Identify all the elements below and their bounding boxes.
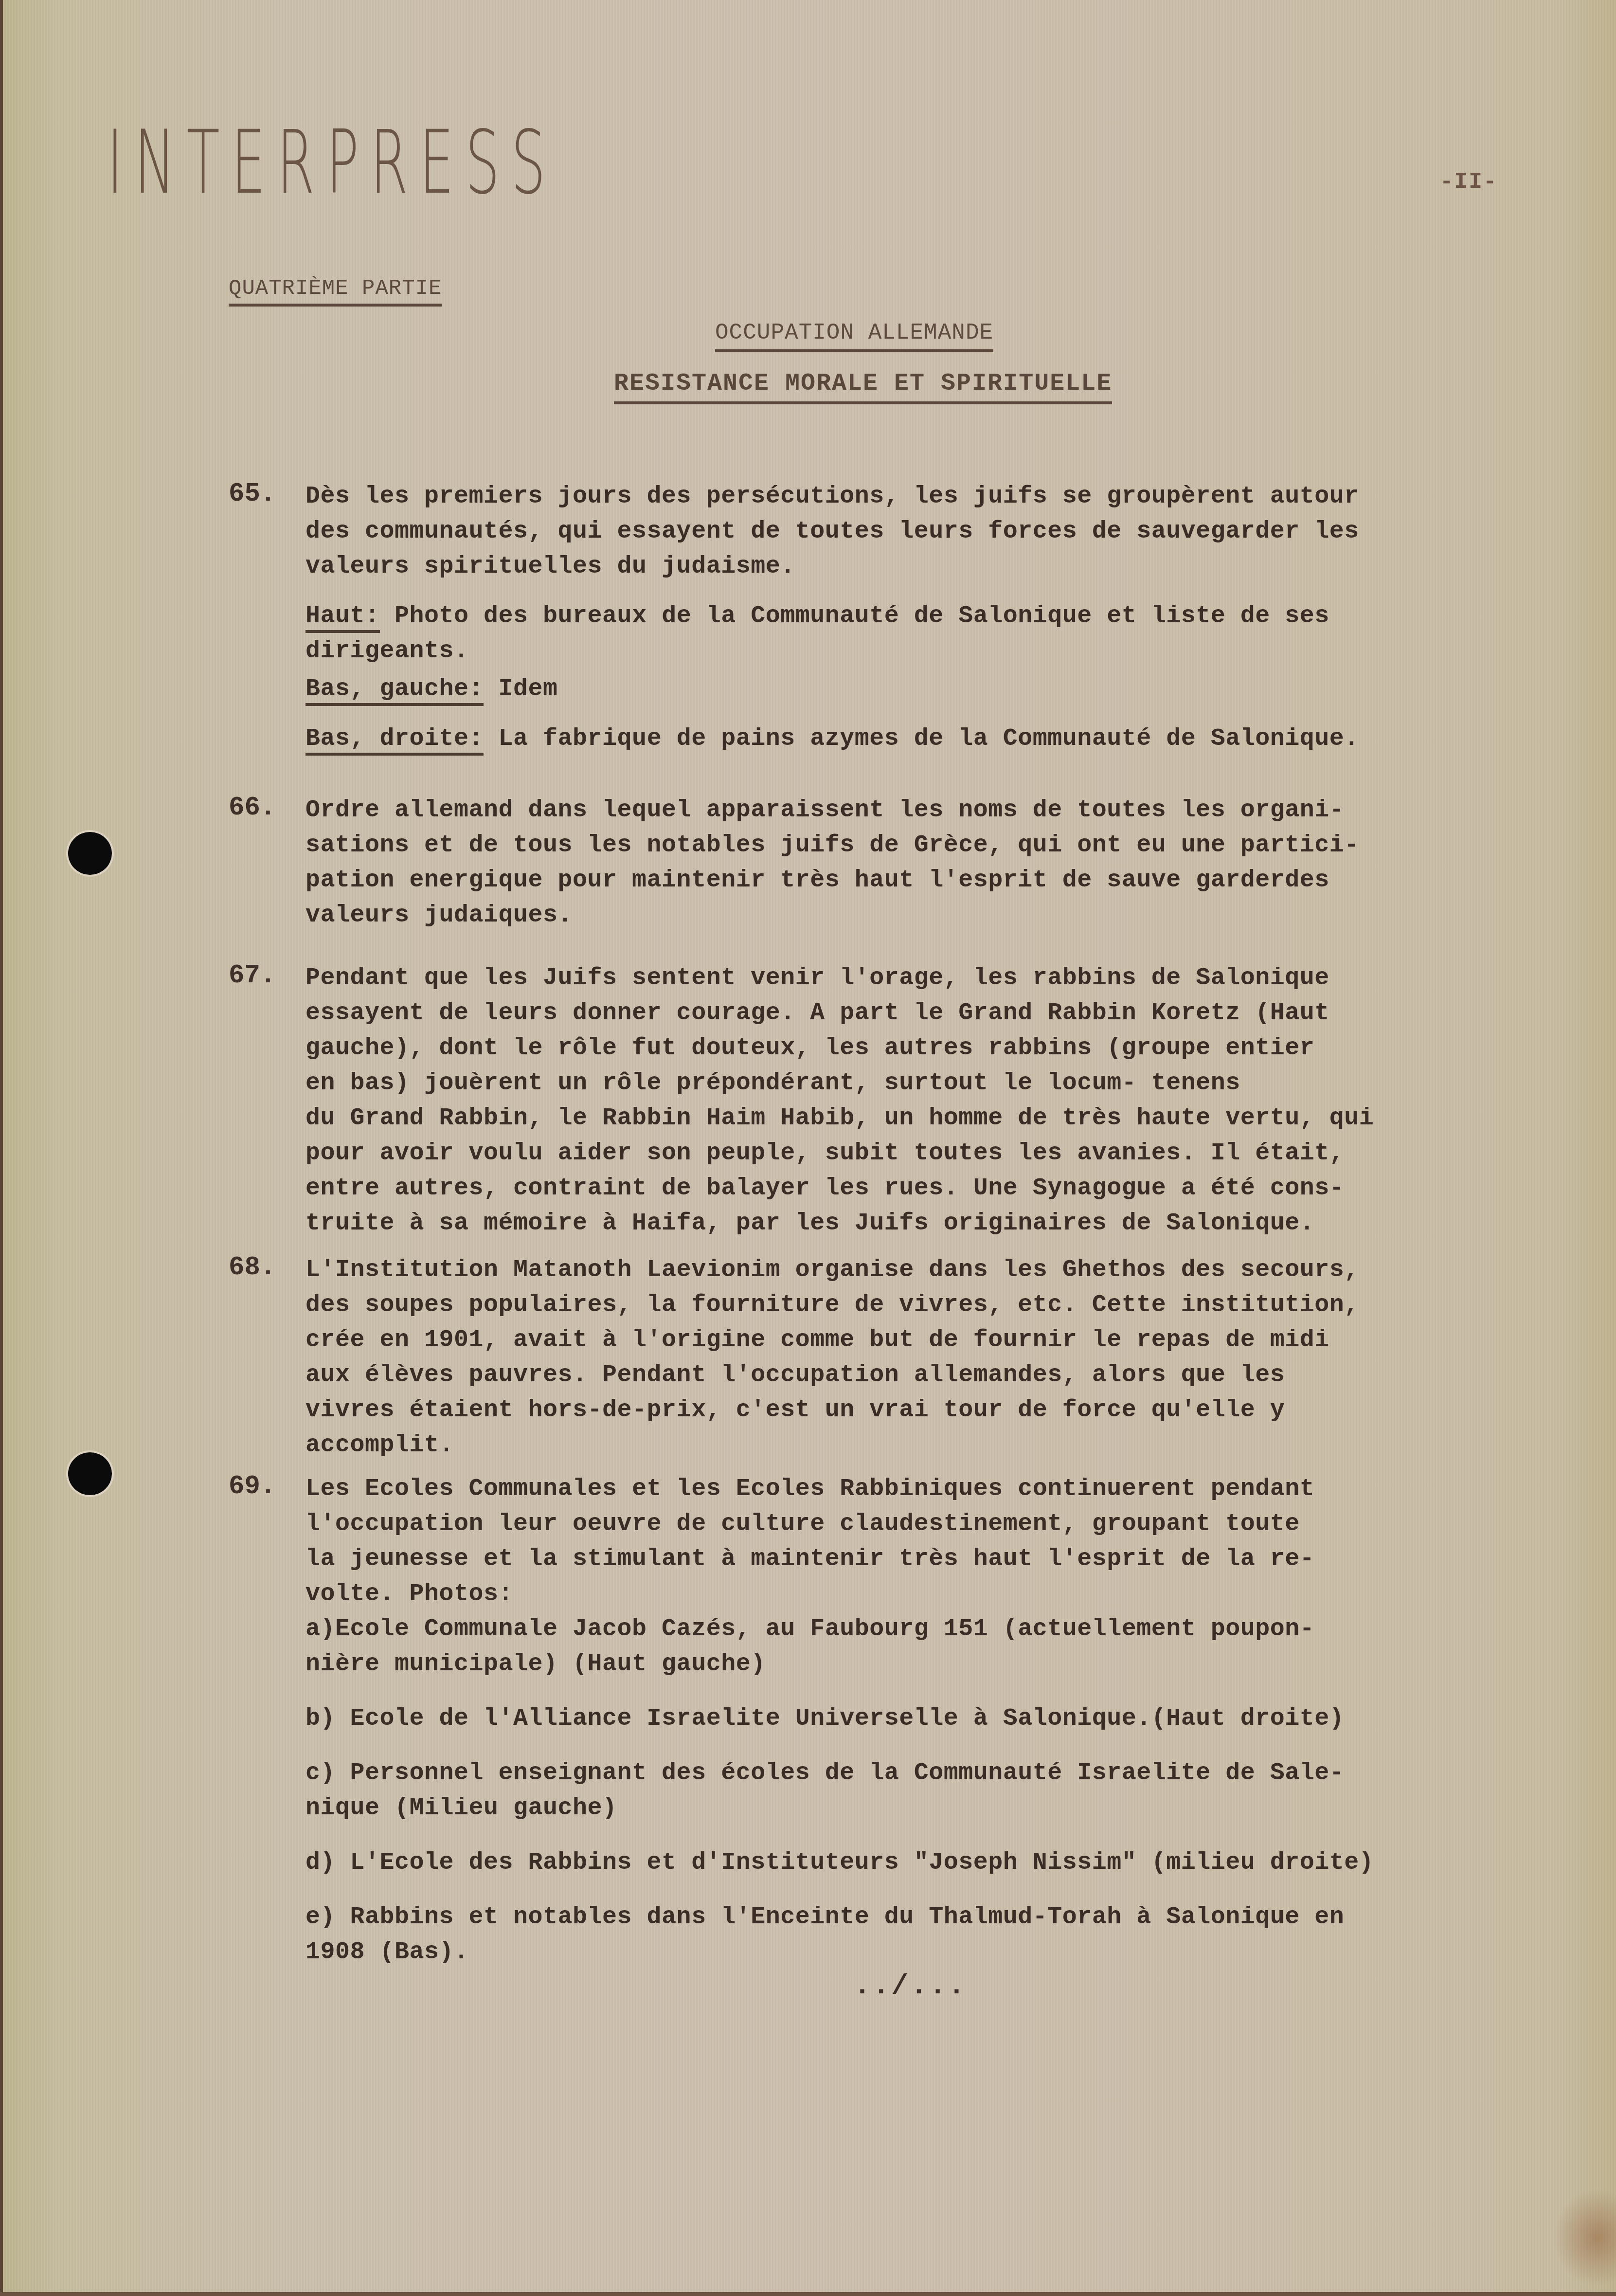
caption-label: Bas, droite: xyxy=(305,725,484,756)
paragraph-line: pation energique pour maintenir très hau… xyxy=(305,863,1552,898)
paragraph-line: accomplit. xyxy=(305,1428,1552,1463)
paragraph-67: 67. Pendant que les Juifs sentent venir … xyxy=(229,961,1552,1241)
paragraph-line: des soupes populaires, la fourniture de … xyxy=(305,1288,1552,1323)
caption-bas-droite: Bas, droite: La fabrique de pains azymes… xyxy=(305,722,1552,757)
paragraph-line: valeurs judaiques. xyxy=(305,898,1552,933)
punch-hole-icon xyxy=(68,1452,112,1495)
paragraph-line: entre autres, contraint de balayer les r… xyxy=(305,1171,1552,1206)
photo-item-a: a)Ecole Communale Jacob Cazés, au Faubou… xyxy=(305,1612,1552,1682)
paragraph-66: 66. Ordre allemand dans lequel apparaiss… xyxy=(229,793,1552,933)
photo-list: a)Ecole Communale Jacob Cazés, au Faubou… xyxy=(305,1612,1552,1970)
paragraph-line: Ordre allemand dans lequel apparaissent … xyxy=(305,793,1552,828)
photo-item-line: nière municipale) (Haut gauche) xyxy=(305,1647,1552,1682)
paragraph-line: la jeunesse et la stimulant à maintenir … xyxy=(305,1542,1552,1577)
section-subtitle: RESISTANCE MORALE ET SPIRITUELLE xyxy=(614,370,1112,404)
caption-haut: Haut: Photo des bureaux de la Communauté… xyxy=(305,599,1552,669)
paragraph-line: L'Institution Matanoth Laevionim organis… xyxy=(305,1253,1552,1288)
photo-item-line: d) L'Ecole des Rabbins et d'Instituteurs… xyxy=(305,1845,1552,1880)
paragraph-number: 67. xyxy=(229,961,276,991)
paragraph-line: du Grand Rabbin, le Rabbin Haim Habib, u… xyxy=(305,1101,1552,1136)
caption-text: dirigeants. xyxy=(305,634,1552,669)
caption-label: Bas, gauche: xyxy=(305,675,484,706)
paragraph-line: essayent de leurs donner courage. A part… xyxy=(305,996,1552,1031)
photo-item-c: c) Personnel enseignant des écoles de la… xyxy=(305,1756,1552,1826)
photo-item-line: e) Rabbins et notables dans l'Enceinte d… xyxy=(305,1900,1552,1935)
photo-item-line: b) Ecole de l'Alliance Israelite Univers… xyxy=(305,1701,1552,1736)
paragraph-line: truite à sa mémoire à Haifa, par les Jui… xyxy=(305,1206,1552,1241)
paragraph-line: volte. Photos: xyxy=(305,1577,1552,1612)
caption-text: La fabrique de pains azymes de la Commun… xyxy=(499,725,1359,753)
caption-text: Photo des bureaux de la Communauté de Sa… xyxy=(395,602,1329,630)
photo-item-b: b) Ecole de l'Alliance Israelite Univers… xyxy=(305,1701,1552,1736)
paragraph-line: aux élèves pauvres. Pendant l'occupation… xyxy=(305,1358,1552,1393)
paragraph-number: 65. xyxy=(229,479,276,509)
paragraph-line: des communautés, qui essayent de toutes … xyxy=(305,514,1552,549)
paragraph-number: 66. xyxy=(229,793,276,823)
paper-stain xyxy=(1553,2189,1616,2286)
page-bottom-edge xyxy=(0,2292,1616,2296)
continuation-mark: ../... xyxy=(854,1971,967,2002)
paragraph-line: sations et de tous les notables juifs de… xyxy=(305,828,1552,863)
masthead-logo: INTERPRESS xyxy=(107,119,557,207)
caption-bas-gauche: Bas, gauche: Idem xyxy=(305,672,1552,707)
section-title: OCCUPATION ALLEMANDE xyxy=(715,320,993,352)
paragraph-line: Les Ecoles Communales et les Ecoles Rabb… xyxy=(305,1472,1552,1507)
photo-item-line: a)Ecole Communale Jacob Cazés, au Faubou… xyxy=(305,1612,1552,1647)
paragraph-number: 68. xyxy=(229,1253,276,1283)
paragraph-line: vivres étaient hors-de-prix, c'est un vr… xyxy=(305,1393,1552,1428)
photo-item-line: nique (Milieu gauche) xyxy=(305,1791,1552,1826)
page-edge-shadow xyxy=(0,0,3,2296)
paragraph-69: 69. Les Ecoles Communales et les Ecoles … xyxy=(229,1472,1552,1970)
photo-item-line: 1908 (Bas). xyxy=(305,1935,1552,1970)
photo-item-d: d) L'Ecole des Rabbins et d'Instituteurs… xyxy=(305,1845,1552,1880)
caption-text: Idem xyxy=(499,675,558,703)
paragraph-65: 65. Dès les premiers jours des persécuti… xyxy=(229,479,1552,757)
photo-item-line: c) Personnel enseignant des écoles de la… xyxy=(305,1756,1552,1791)
paragraph-line: en bas) jouèrent un rôle prépondérant, s… xyxy=(305,1066,1552,1101)
paragraph-line: Dès les premiers jours des persécutions,… xyxy=(305,479,1552,514)
page-number: -II- xyxy=(1440,169,1497,195)
caption-label: Haut: xyxy=(305,602,380,633)
paragraph-line: gauche), dont le rôle fut douteux, les a… xyxy=(305,1031,1552,1066)
part-label: QUATRIÈME PARTIE xyxy=(229,276,442,307)
paragraph-number: 69. xyxy=(229,1472,276,1501)
paragraph-line: crée en 1901, avait à l'origine comme bu… xyxy=(305,1323,1552,1358)
paragraph-68: 68. L'Institution Matanoth Laevionim org… xyxy=(229,1253,1552,1463)
paragraph-line: Pendant que les Juifs sentent venir l'or… xyxy=(305,961,1552,996)
document-page: INTERPRESS -II- QUATRIÈME PARTIE OCCUPAT… xyxy=(0,0,1616,2296)
paragraph-line: pour avoir voulu aider son peuple, subit… xyxy=(305,1136,1552,1171)
punch-hole-icon xyxy=(68,832,112,875)
photo-item-e: e) Rabbins et notables dans l'Enceinte d… xyxy=(305,1900,1552,1970)
paragraph-line: l'occupation leur oeuvre de culture clau… xyxy=(305,1507,1552,1542)
paragraph-line: valeurs spirituelles du judaisme. xyxy=(305,549,1552,584)
